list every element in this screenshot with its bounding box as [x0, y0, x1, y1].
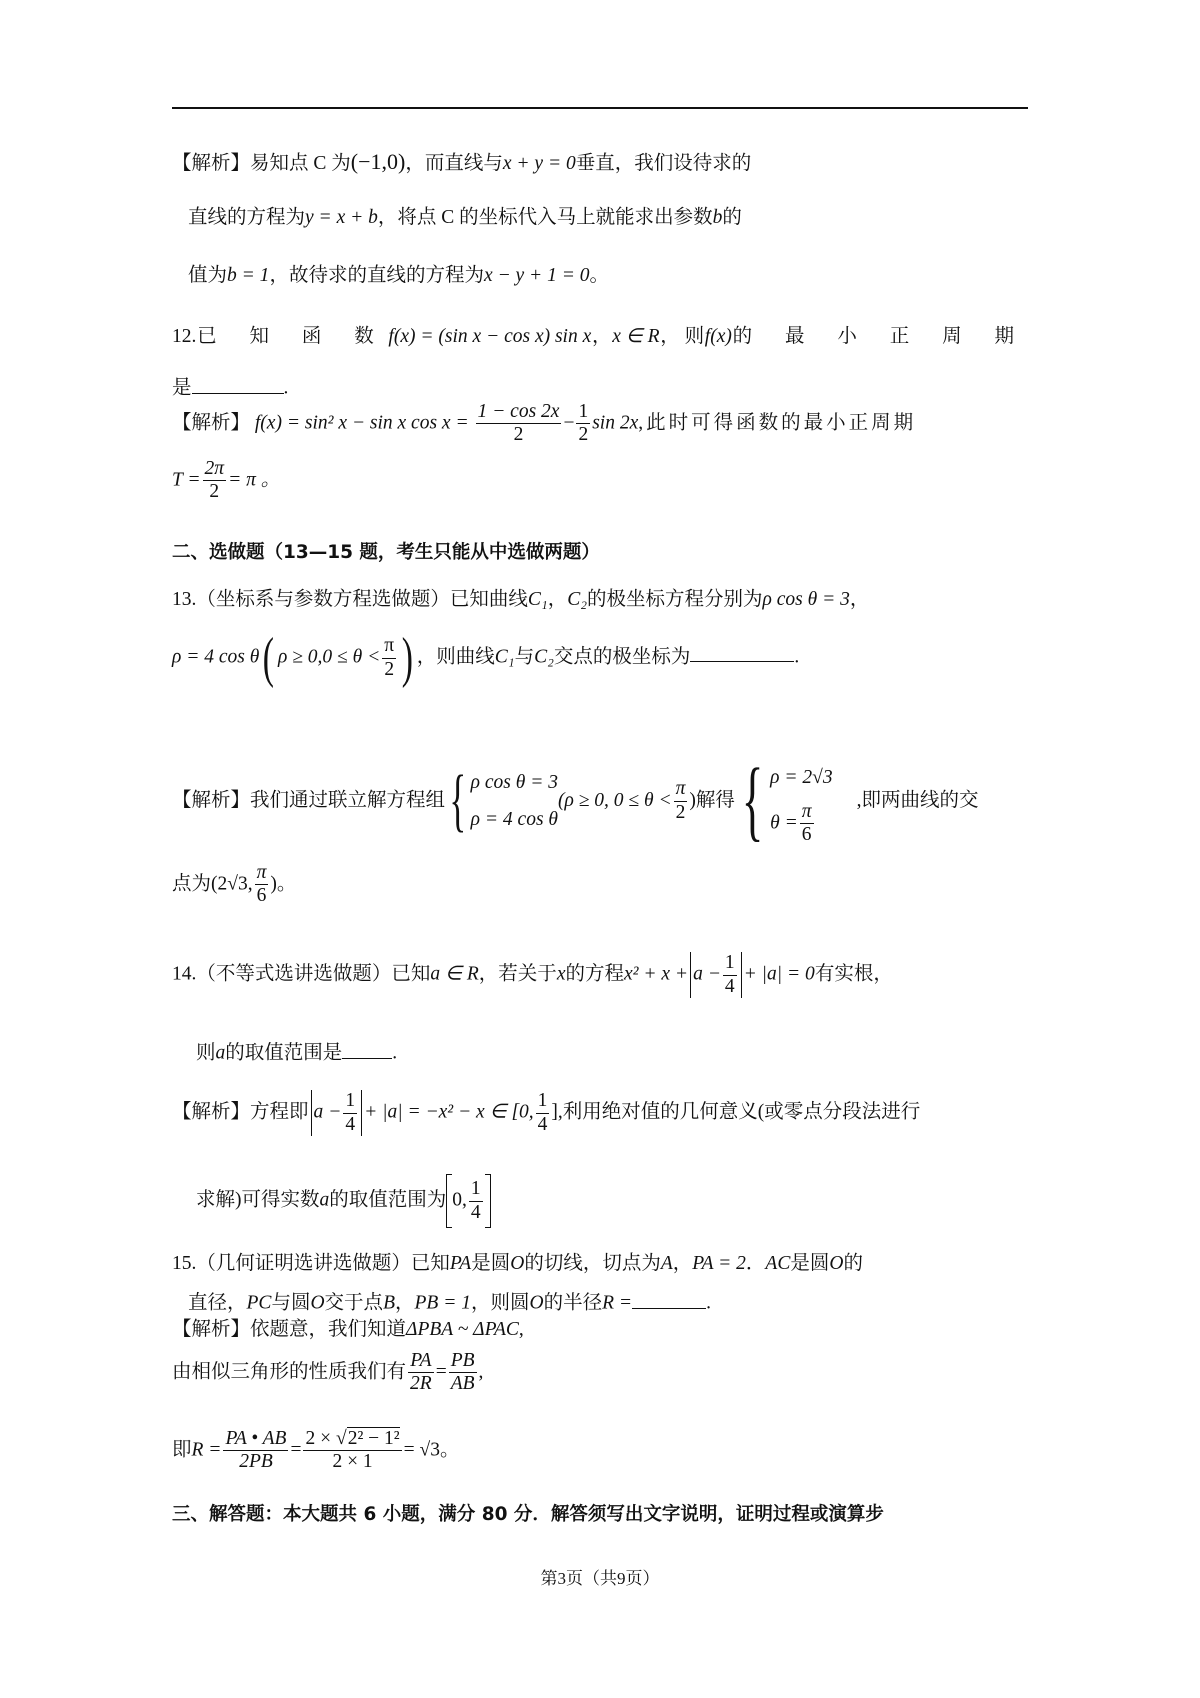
math-eq: ρ = 4 cos θ: [172, 646, 259, 667]
math-var: B: [383, 1293, 395, 1314]
text: ， 则: [660, 327, 704, 347]
text: 的取值范围为: [329, 1189, 446, 1210]
denominator: 4: [536, 1114, 550, 1136]
math-var: C₂: [534, 646, 554, 667]
denominator: 2: [674, 802, 688, 824]
abs-bar: [741, 952, 742, 998]
numerator: 1: [723, 952, 737, 975]
q15-solution-line2: 由相似三角形的性质我们有PA2R=PBAB,: [172, 1350, 483, 1396]
text: 。: [440, 1439, 460, 1460]
text: 即: [172, 1439, 192, 1460]
math-eq: = √3: [404, 1439, 440, 1460]
point-c: (−1,0): [351, 149, 406, 174]
q15-solution-line1: 【解析】依题意，我们知道ΔPBA ~ ΔPAC,: [172, 1320, 524, 1340]
solution-system: ρ = 2√3θ =π6: [770, 756, 832, 847]
abs-bar: [361, 1090, 362, 1136]
q12-stem-line2: 是.: [172, 373, 288, 398]
text: −: [563, 412, 574, 433]
text: （不等式选讲选做题）已知: [196, 963, 430, 984]
q12-solution-line1: 【解析】 f(x) = sin² x − sin x cos x = 1 − c…: [172, 401, 916, 447]
paren-open: (: [263, 630, 274, 686]
numerator: PA • AB: [223, 1428, 288, 1451]
text: .: [706, 1293, 711, 1314]
math-eq: + |a| = −x² − x ∈ [0,: [364, 1101, 534, 1122]
text: （坐标系与参数方程选做题）已知曲线: [196, 589, 528, 610]
solution-tag: 【解析】: [172, 1101, 250, 1122]
math-domain: a ∈ R: [430, 963, 478, 984]
fraction: 14: [343, 1090, 357, 1136]
math-point: (2√3,: [211, 873, 253, 894]
numerator: PB: [449, 1350, 477, 1373]
denominator: 2R: [408, 1373, 434, 1395]
q13-solution-line2: 点为(2√3,π6)。: [172, 862, 296, 908]
fraction: π6: [255, 862, 269, 908]
math-var: AC: [765, 1253, 790, 1274]
text: 垂直，我们设待求的: [576, 153, 752, 174]
equation: ρ = 4 cos θ: [471, 801, 558, 838]
numerator: π: [800, 801, 814, 824]
denominator: 2: [476, 424, 562, 446]
radicand: 2² − 1²: [347, 1427, 400, 1449]
abs-bar: [690, 952, 691, 998]
denominator: 2: [203, 481, 227, 503]
fraction: 12: [576, 401, 590, 447]
numerator: PA: [408, 1350, 434, 1373]
text: 交于点: [325, 1293, 384, 1314]
text: 的 最 小 正 周 期: [733, 327, 1028, 347]
math-eq: b = 1: [227, 265, 269, 286]
math-eq: = π 。: [228, 469, 280, 490]
text: ，: [395, 1293, 415, 1314]
math-function: f(x) = (sin x − cos x) sin x: [388, 327, 591, 347]
answer-blank[interactable]: [342, 1038, 392, 1059]
numerator: 2 ×: [305, 1428, 336, 1449]
text: ，故待求的直线的方程为: [269, 265, 484, 286]
text: 点为: [172, 873, 211, 894]
math-range: 0,: [452, 1189, 467, 1210]
math-eq: x − y + 1 = 0: [484, 265, 590, 286]
text: 与: [515, 646, 535, 667]
math-function: f(x): [705, 327, 732, 347]
text: ,: [519, 1319, 524, 1340]
math-eq: sin 2x: [592, 412, 638, 433]
math-eq: ΔPBA ~ ΔPAC: [406, 1319, 519, 1340]
text: 的极坐标方程分别为: [587, 589, 763, 610]
numerator: π: [255, 862, 269, 885]
fraction: 2 × √2² − 1²2 × 1: [303, 1428, 401, 1474]
math-cond: ρ ≥ 0,0 ≤ θ <: [278, 646, 380, 667]
text: 求解)可得实数: [196, 1189, 320, 1210]
section-3-title: 三、解答题：本大题共 6 小题，满分 80 分．解答须写出文字说明，证明过程或演…: [172, 1506, 884, 1525]
text: 的方程: [565, 963, 624, 984]
math-var: PC: [247, 1293, 272, 1314]
text: 方程即: [250, 1101, 309, 1122]
math-eq: f(x) = sin² x − sin x cos x =: [255, 412, 469, 433]
numerator: 1: [576, 401, 590, 424]
math-var: O: [310, 1293, 324, 1314]
text: ,利用绝对值的几何意义(或零点分段法进行: [558, 1101, 920, 1122]
equation: ρ = 2√3: [770, 756, 832, 801]
text: =: [436, 1361, 447, 1382]
denominator: 4: [343, 1114, 357, 1136]
text: 直线的方程为: [188, 207, 305, 228]
fraction: π6: [800, 801, 814, 847]
denominator: AB: [449, 1373, 477, 1395]
numerator: 1: [469, 1178, 483, 1201]
math-var: C₁: [528, 589, 548, 610]
text: ,即两曲线的交: [857, 790, 979, 811]
denominator: 2PB: [223, 1451, 288, 1473]
math-var: O: [510, 1253, 524, 1274]
numerator: 1: [536, 1090, 550, 1113]
denominator: 6: [255, 885, 269, 907]
question-number: 13.: [172, 589, 196, 610]
math-var: PA: [450, 1253, 471, 1274]
fraction: 2π2: [203, 458, 227, 504]
numerator: 1 − cos 2x: [476, 401, 562, 424]
math-eq: R =: [602, 1293, 632, 1314]
denominator: 2 × 1: [303, 1451, 401, 1473]
math-eq: ρ cos θ = 3: [763, 589, 850, 610]
denominator: 6: [800, 824, 814, 846]
answer-blank[interactable]: [690, 642, 794, 663]
math-var: A: [661, 1253, 673, 1274]
solution-tag: 【解析】: [172, 153, 250, 174]
text: ，: [673, 1253, 693, 1274]
q14-solution-line1: 【解析】方程即a −14+ |a| = −x² − x ∈ [0,14],利用绝…: [172, 1090, 920, 1136]
math-eq: y = x + b: [305, 207, 378, 228]
math-eq: a −: [314, 1101, 342, 1122]
page-footer: 第3页（共9页）: [0, 1564, 1200, 1589]
equation: θ =: [770, 812, 798, 833]
text: .: [392, 1043, 397, 1064]
fraction: 1 − cos 2x2: [476, 401, 562, 447]
q12-solution-line2: T =2π2= π 。: [172, 458, 280, 504]
text: 交点的极坐标为: [554, 646, 691, 667]
denominator: 2: [382, 659, 396, 681]
q11-solution-line1: 【解析】易知点 C 为(−1,0)，而直线与x + y = 0垂直，我们设待求的: [172, 151, 751, 174]
text: 。: [277, 873, 297, 894]
text: 的半径: [544, 1293, 603, 1314]
text: 依题意，我们知道: [250, 1319, 406, 1340]
question-number: 15.: [172, 1253, 196, 1274]
section-2-title: 二、选做题（13—15 题，考生只能从中选做两题）: [172, 544, 600, 563]
text: ，: [592, 327, 612, 347]
text: ,: [479, 1361, 484, 1382]
fraction: 14: [536, 1090, 550, 1136]
text: 则: [196, 1043, 216, 1064]
math-eq: PB = 1: [415, 1293, 471, 1314]
text: ，将点 C 的坐标代入马上就能求出参数: [378, 207, 713, 228]
q15-stem-line2: 直径，PC与圆O交于点B，PB = 1，则圆O的半径R =.: [188, 1288, 711, 1313]
math-eq: R =: [192, 1439, 222, 1460]
fraction: PBAB: [449, 1350, 477, 1396]
text: 有实根，: [815, 963, 893, 984]
text: ，则圆: [471, 1293, 530, 1314]
text: 是: [172, 378, 192, 399]
abs-bar: [311, 1090, 312, 1136]
math-eq: a −: [693, 963, 721, 984]
math-domain: x ∈ R: [612, 327, 659, 347]
text: ，: [850, 589, 870, 610]
solution-tag: 【解析】: [172, 790, 250, 811]
text: 的切线，切点为: [524, 1253, 661, 1274]
q15-solution-line3: 即R =PA • AB2PB=2 × √2² − 1²2 × 1= √3。: [172, 1428, 459, 1474]
numerator: 2π: [203, 458, 227, 481]
math-var: C₂: [567, 589, 587, 610]
text: 值为: [188, 265, 227, 286]
text: ，: [548, 589, 568, 610]
q14-stem-line2: 则a的取值范围是.: [196, 1038, 397, 1063]
text: 的取值范围是: [225, 1043, 342, 1064]
math-var: a: [216, 1043, 226, 1064]
denominator: 4: [469, 1202, 483, 1224]
math-var: b: [713, 207, 723, 228]
answer-blank[interactable]: [632, 1288, 706, 1309]
math-var: a: [320, 1189, 330, 1210]
fraction: PA • AB2PB: [223, 1428, 288, 1474]
q12-stem-line1: 12. 已 知 函 数 f(x) = (sin x − cos x) sin x…: [172, 327, 1028, 347]
text: 与圆: [271, 1293, 310, 1314]
numerator: π: [382, 635, 396, 658]
text: 是圆: [790, 1253, 829, 1274]
numerator: 1: [343, 1090, 357, 1113]
text: （几何证明选讲选做题）已知: [196, 1253, 450, 1274]
fraction: π2: [382, 635, 396, 681]
math-var: C₁: [495, 646, 515, 667]
q13-stem-line1: 13.（坐标系与参数方程选做题）已知曲线C₁，C₂的极坐标方程分别为ρ cos …: [172, 590, 869, 610]
text: 已 知 函 数: [197, 327, 388, 347]
text: 由相似三角形的性质我们有: [172, 1361, 406, 1382]
q15-stem-line1: 15.（几何证明选讲选做题）已知PA是圆O的切线，切点为A，PA = 2．AC是…: [172, 1254, 863, 1274]
text: .: [794, 646, 799, 667]
text: 直径，: [188, 1293, 247, 1314]
answer-blank[interactable]: [192, 373, 284, 394]
equation-system: ρ cos θ = 3ρ = 4 cos θ: [471, 764, 558, 838]
numerator: π: [674, 778, 688, 801]
math-eq: T =: [172, 469, 201, 490]
text: 易知点 C 为: [250, 153, 351, 174]
q14-stem-line1: 14.（不等式选讲选做题）已知a ∈ R，若关于x的方程x² + x +a −1…: [172, 952, 893, 998]
fraction: π2: [674, 778, 688, 824]
text: ，若关于: [479, 963, 557, 984]
text: 我们通过联立解方程组: [250, 790, 445, 811]
fraction: 14: [469, 1178, 483, 1224]
fraction: PA2R: [408, 1350, 434, 1396]
text: ．: [746, 1253, 766, 1274]
math-eq: x + y = 0: [503, 153, 576, 174]
solution-tag: 【解析】: [172, 1319, 250, 1340]
paren-close: ): [402, 630, 413, 686]
q13-solution-line1: 【解析】我们通过联立解方程组{ρ cos θ = 3ρ = 4 cos θ(ρ …: [172, 756, 978, 847]
bracket-close: [485, 1174, 491, 1228]
math-eq: PA = 2: [692, 1253, 746, 1274]
text: 的: [843, 1253, 863, 1274]
q14-solution-line2: 求解)可得实数a的取值范围为0,14: [196, 1174, 491, 1228]
brace-icon: {: [449, 766, 466, 836]
math-var: O: [829, 1253, 843, 1274]
fraction: 14: [723, 952, 737, 998]
denominator: 4: [723, 976, 737, 998]
math-eq: x² + x +: [624, 963, 688, 984]
q11-solution-line3: 值为b = 1，故待求的直线的方程为x − y + 1 = 0。: [188, 266, 609, 286]
text: ,此时可得函数的最小正周期: [638, 412, 916, 433]
question-number: 14.: [172, 963, 196, 984]
text: 是圆: [471, 1253, 510, 1274]
math-cond: (ρ ≥ 0, 0 ≤ θ <: [558, 790, 672, 811]
text: .: [284, 378, 289, 399]
text: 的: [722, 207, 742, 228]
text: ，而直线与: [405, 153, 503, 174]
question-number: 12.: [172, 327, 196, 347]
text: ，则曲线: [417, 646, 495, 667]
math-eq: + |a| = 0: [744, 963, 815, 984]
text: 解得: [696, 790, 735, 811]
text: 。: [590, 265, 610, 286]
q13-stem-line2: ρ = 4 cos θ(ρ ≥ 0,0 ≤ θ <π2)，则曲线C₁与C₂交点的…: [172, 630, 799, 686]
math-var: O: [530, 1293, 544, 1314]
solution-tag: 【解析】: [172, 412, 250, 433]
brace-icon: {: [742, 756, 764, 846]
text: =: [290, 1439, 301, 1460]
header-rule: [172, 107, 1028, 109]
q11-solution-line2: 直线的方程为y = x + b，将点 C 的坐标代入马上就能求出参数b的: [188, 208, 742, 228]
denominator: 2: [576, 424, 590, 446]
equation: ρ cos θ = 3: [471, 764, 558, 801]
